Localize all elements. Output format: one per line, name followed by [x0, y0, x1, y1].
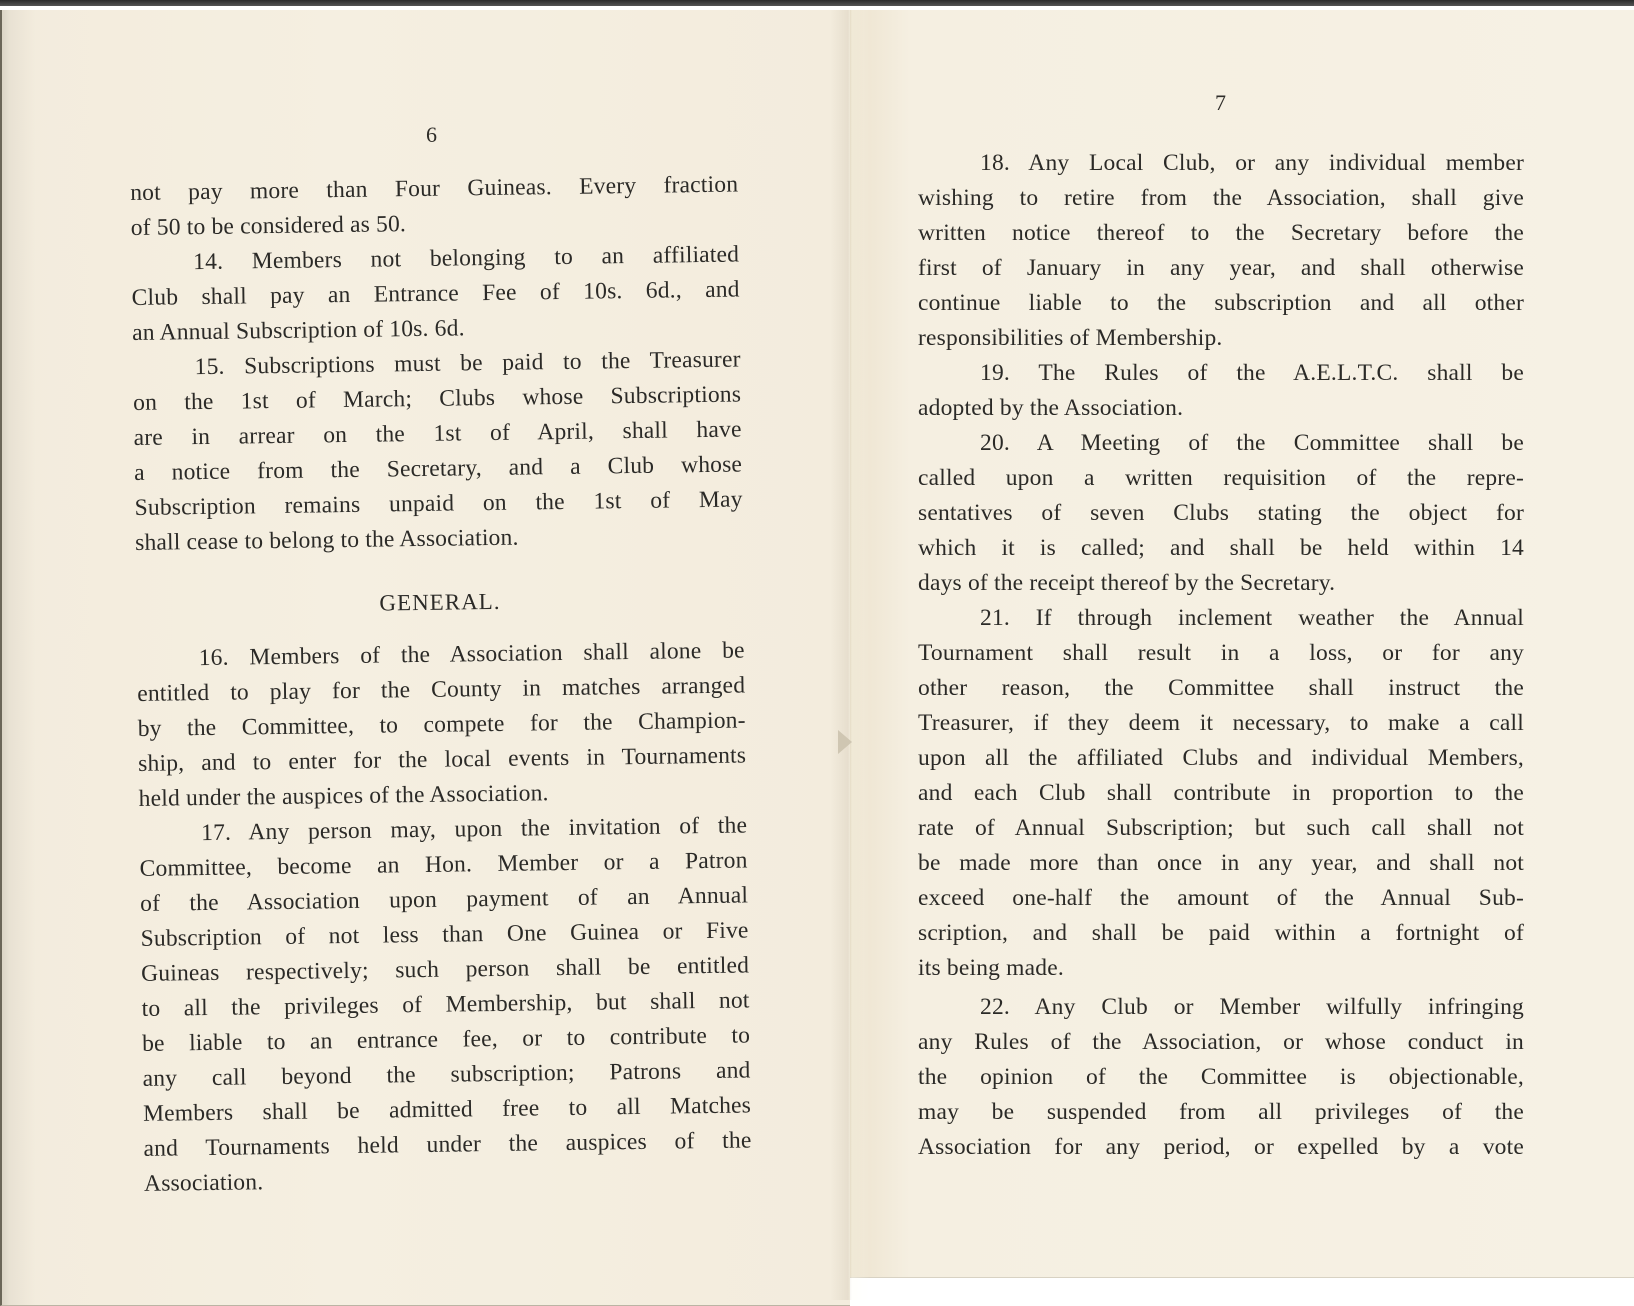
- text-line: 20. A Meeting of the Committee shall be: [918, 426, 1524, 461]
- text-line: 18. Any Local Club, or any individual me…: [918, 146, 1524, 181]
- text-line: Association for any period, or expelled …: [918, 1130, 1524, 1165]
- text-line: exceed one-half the amount of the Annual…: [918, 881, 1524, 916]
- text-line: sentatives of seven Clubs stating the ob…: [918, 496, 1524, 531]
- text-line: any Rules of the Association, or whose c…: [918, 1025, 1524, 1060]
- paper-tear: [838, 730, 852, 754]
- text-line: Tournament shall result in a loss, or fo…: [918, 636, 1524, 671]
- text-line: 19. The Rules of the A.E.L.T.C. shall be: [918, 356, 1524, 391]
- text-line: 22. Any Club or Member wilfully infringi…: [918, 990, 1524, 1025]
- rule-19: 19. The Rules of the A.E.L.T.C. shall be…: [918, 356, 1524, 426]
- text-line: and each Club shall contribute in propor…: [918, 776, 1524, 811]
- rule-20: 20. A Meeting of the Committee shall be …: [918, 426, 1524, 601]
- text-line: continue liable to the subscription and …: [918, 286, 1524, 321]
- text-line: 21. If through inclement weather the Ann…: [918, 601, 1524, 636]
- text-line: other reason, the Committee shall instru…: [918, 671, 1524, 706]
- rule-16: 16. Members of the Association shall alo…: [137, 633, 747, 816]
- section-heading-general: GENERAL.: [136, 580, 744, 623]
- text-line: adopted by the Association.: [918, 391, 1524, 426]
- rule-18: 18. Any Local Club, or any individual me…: [918, 146, 1524, 356]
- text-line: wishing to retire from the Association, …: [918, 181, 1524, 216]
- text-line: upon all the affiliated Clubs and indivi…: [918, 741, 1524, 776]
- text-line: be made more than once in any year, and …: [918, 846, 1524, 881]
- text-line: its being made.: [918, 951, 1524, 986]
- rule-22: 22. Any Club or Member wilfully infringi…: [918, 990, 1524, 1165]
- text-line: first of January in any year, and shall …: [918, 251, 1524, 286]
- rule-15: 15. Subscriptions must be paid to the Tr…: [132, 342, 743, 560]
- text-line: called upon a written requisition of the…: [918, 461, 1524, 496]
- right-page-text: 18. Any Local Club, or any individual me…: [918, 146, 1524, 1165]
- book-gutter-fold: [830, 10, 870, 1300]
- text-line: rate of Annual Subscription; but such ca…: [918, 811, 1524, 846]
- page-number-left: 6: [426, 122, 437, 148]
- text-line: written notice thereof to the Secretary …: [918, 216, 1524, 251]
- page-number-right: 7: [1215, 90, 1226, 116]
- text-line: Association.: [144, 1158, 752, 1201]
- booklet-spread: 6 not pay more than Four Guineas. Every …: [0, 4, 1634, 1306]
- text-line: the opinion of the Committee is objectio…: [918, 1060, 1524, 1095]
- rule-21: 21. If through inclement weather the Ann…: [918, 601, 1524, 986]
- rule-17: 17. Any person may, upon the invitation …: [139, 808, 752, 1201]
- text-line: Treasurer, if they deem it necessary, to…: [918, 706, 1524, 741]
- paragraph-continued: not pay more than Four Guineas. Every fr…: [130, 168, 739, 246]
- text-line: may be suspended from all privileges of …: [918, 1095, 1524, 1130]
- left-page: 6 not pay more than Four Guineas. Every …: [0, 10, 850, 1306]
- left-page-text: not pay more than Four Guineas. Every fr…: [130, 168, 752, 1202]
- text-line: days of the receipt thereof by the Secre…: [918, 566, 1524, 601]
- text-line: responsibilities of Membership.: [918, 321, 1524, 356]
- text-line: shall cease to belong to the Association…: [135, 517, 743, 560]
- rule-14: 14. Members not belonging to an affiliat…: [131, 238, 740, 351]
- text-line: which it is called; and shall be held wi…: [918, 531, 1524, 566]
- text-line: scription, and shall be paid within a fo…: [918, 916, 1524, 951]
